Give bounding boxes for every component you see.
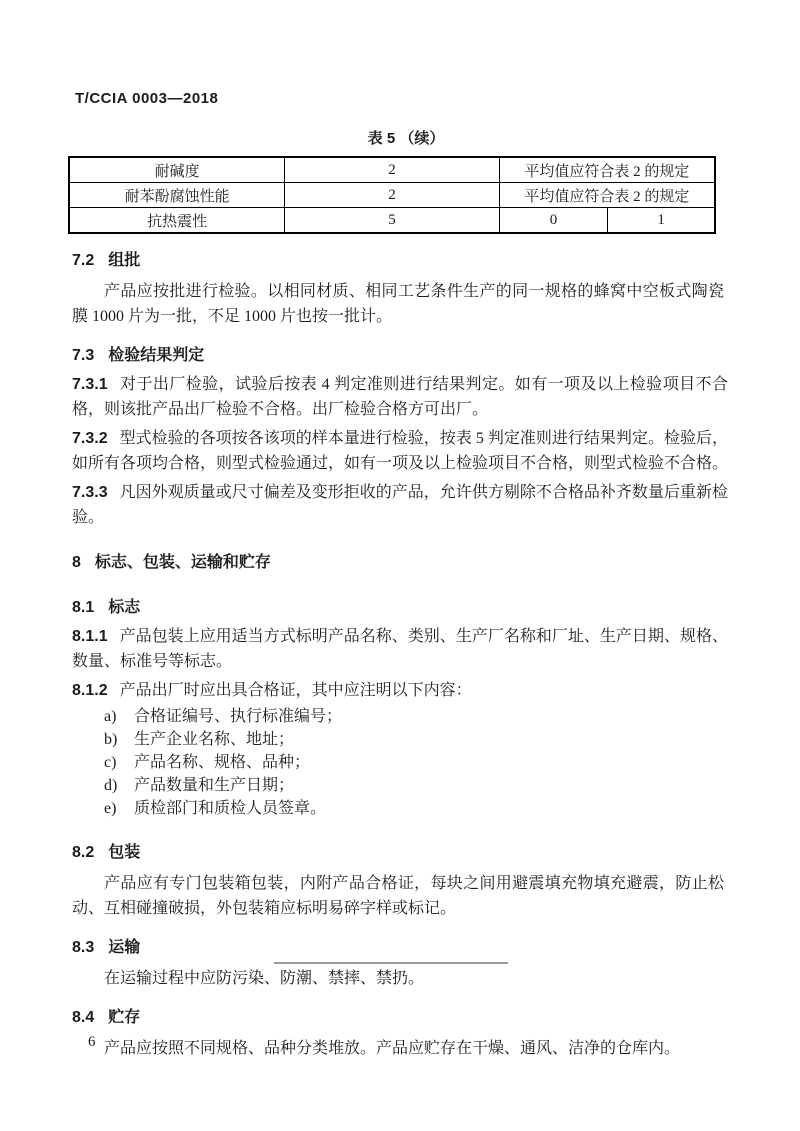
table5-caption: 表 5 （续） [72,127,740,148]
paragraph-8-3: 在运输过程中应防污染、防潮、禁摔、禁扔。 [72,966,724,991]
clause-8-1-1: 8.1.1产品包装上应用适当方式标明产品名称、类别、生产厂名称和厂址、生产日期、… [72,624,728,674]
cell-item: 耐碱度 [69,157,285,183]
cell-item: 耐苯酚腐蚀性能 [69,183,285,208]
clause-text: 对于出厂检验，试验后按表 4 判定准则进行结果判定。如有一项及以上检验项目不合格… [72,376,728,418]
cell-ac: 0 [499,208,607,234]
list-item: b)生产企业名称、地址； [104,728,740,751]
heading-8-2: 8.2包装 [72,840,740,865]
heading-8-1: 8.1标志 [72,595,740,620]
clause-text: 凡因外观质量或尺寸偏差及变形拒收的产品，允许供方剔除不合格品补齐数量后重新检验。 [72,484,728,526]
clause-number: 7.3.1 [72,376,108,393]
clause-7-3-1: 7.3.1对于出厂检验，试验后按表 4 判定准则进行结果判定。如有一项及以上检验… [72,372,728,422]
page-number: 6 [88,1034,96,1051]
cell-re: 1 [608,208,715,234]
doc-number: T/CCIA 0003—2018 [75,90,740,107]
list-text: 生产企业名称、地址； [134,731,294,748]
heading-title: 组批 [108,252,140,269]
table5: 耐碱度 2 平均值应符合表 2 的规定 耐苯酚腐蚀性能 2 平均值应符合表 2 … [68,156,716,234]
heading-8-3: 8.3运输 [72,935,740,960]
paragraph-8-2: 产品应有专门包装箱包装，内附产品合格证，每块之间用避震填充物填充避震，防止松动、… [72,871,724,921]
clause-text: 产品包装上应用适当方式标明产品名称、类别、生产厂名称和厂址、生产日期、规格、数量… [72,628,728,670]
paragraph-7-2: 产品应按批进行检验。以相同材质、相同工艺条件生产的同一规格的蜂窝中空板式陶瓷膜 … [72,279,724,329]
heading-number: 8.4 [72,1009,94,1026]
list-item: d)产品数量和生产日期； [104,774,740,797]
table-row-phenol: 耐苯酚腐蚀性能 2 平均值应符合表 2 的规定 [69,183,715,208]
clause-number: 7.3.3 [72,484,108,501]
list-item: c)产品名称、规格、品种； [104,751,740,774]
document-page: T/CCIA 0003—2018 表 5 （续） 耐碱度 2 平均值应符合表 2… [0,0,800,1131]
heading-number: 8.1 [72,599,94,616]
cell-sample-size: 2 [285,157,500,183]
list-text: 质检部门和质检人员签章。 [134,800,326,817]
heading-number: 7.3 [72,347,94,364]
clause-8-1-2: 8.1.2产品出厂时应出具合格证，其中应注明以下内容： [72,678,728,703]
heading-7-2: 7.2组批 [72,248,740,273]
footer-divider [274,962,508,964]
list-text: 合格证编号、执行标准编号； [134,708,342,725]
cell-criteria: 平均值应符合表 2 的规定 [499,157,715,183]
list-text: 产品名称、规格、品种； [134,754,310,771]
clause-number: 8.1.2 [72,682,108,699]
clause-7-3-2: 7.3.2型式检验的各项按各该项的样本量进行检验，按表 5 判定准则进行结果判定… [72,426,728,476]
list-marker: a) [104,705,134,728]
cell-sample-size: 5 [285,208,500,234]
list-marker: c) [104,751,134,774]
list-marker: b) [104,728,134,751]
heading-title: 运输 [108,939,140,956]
list-text: 产品数量和生产日期； [134,777,294,794]
heading-number: 8.2 [72,844,94,861]
heading-title: 标志 [108,599,140,616]
clause-text: 型式检验的各项按各该项的样本量进行检验，按表 5 判定准则进行结果判定。检验后，… [72,430,728,472]
clause-7-3-3: 7.3.3凡因外观质量或尺寸偏差及变形拒收的产品，允许供方剔除不合格品补齐数量后… [72,480,728,530]
clause-number: 7.3.2 [72,430,108,447]
clause-number: 8.1.1 [72,628,108,645]
heading-7-3: 7.3检验结果判定 [72,343,740,368]
heading-title: 检验结果判定 [108,347,204,364]
heading-8: 8标志、包装、运输和贮存 [72,550,740,575]
table-row-thermal-shock: 抗热震性 5 0 1 [69,208,715,234]
heading-number: 8 [72,554,81,571]
heading-title: 标志、包装、运输和贮存 [95,554,271,571]
paragraph-8-4: 产品应按照不同规格、品种分类堆放。产品应贮存在干燥、通风、洁净的仓库内。 [72,1036,724,1061]
heading-8-4: 8.4贮存 [72,1005,740,1030]
cell-criteria: 平均值应符合表 2 的规定 [499,183,715,208]
heading-title: 包装 [108,844,140,861]
certificate-content-list: a)合格证编号、执行标准编号； b)生产企业名称、地址； c)产品名称、规格、品… [72,705,740,820]
list-marker: d) [104,774,134,797]
heading-number: 8.3 [72,939,94,956]
table-row-alkali: 耐碱度 2 平均值应符合表 2 的规定 [69,157,715,183]
heading-title: 贮存 [108,1009,140,1026]
heading-number: 7.2 [72,252,94,269]
list-item: a)合格证编号、执行标准编号； [104,705,740,728]
clause-text: 产品出厂时应出具合格证，其中应注明以下内容： [120,682,472,699]
cell-sample-size: 2 [285,183,500,208]
list-item: e)质检部门和质检人员签章。 [104,797,740,820]
cell-item: 抗热震性 [69,208,285,234]
list-marker: e) [104,797,134,820]
